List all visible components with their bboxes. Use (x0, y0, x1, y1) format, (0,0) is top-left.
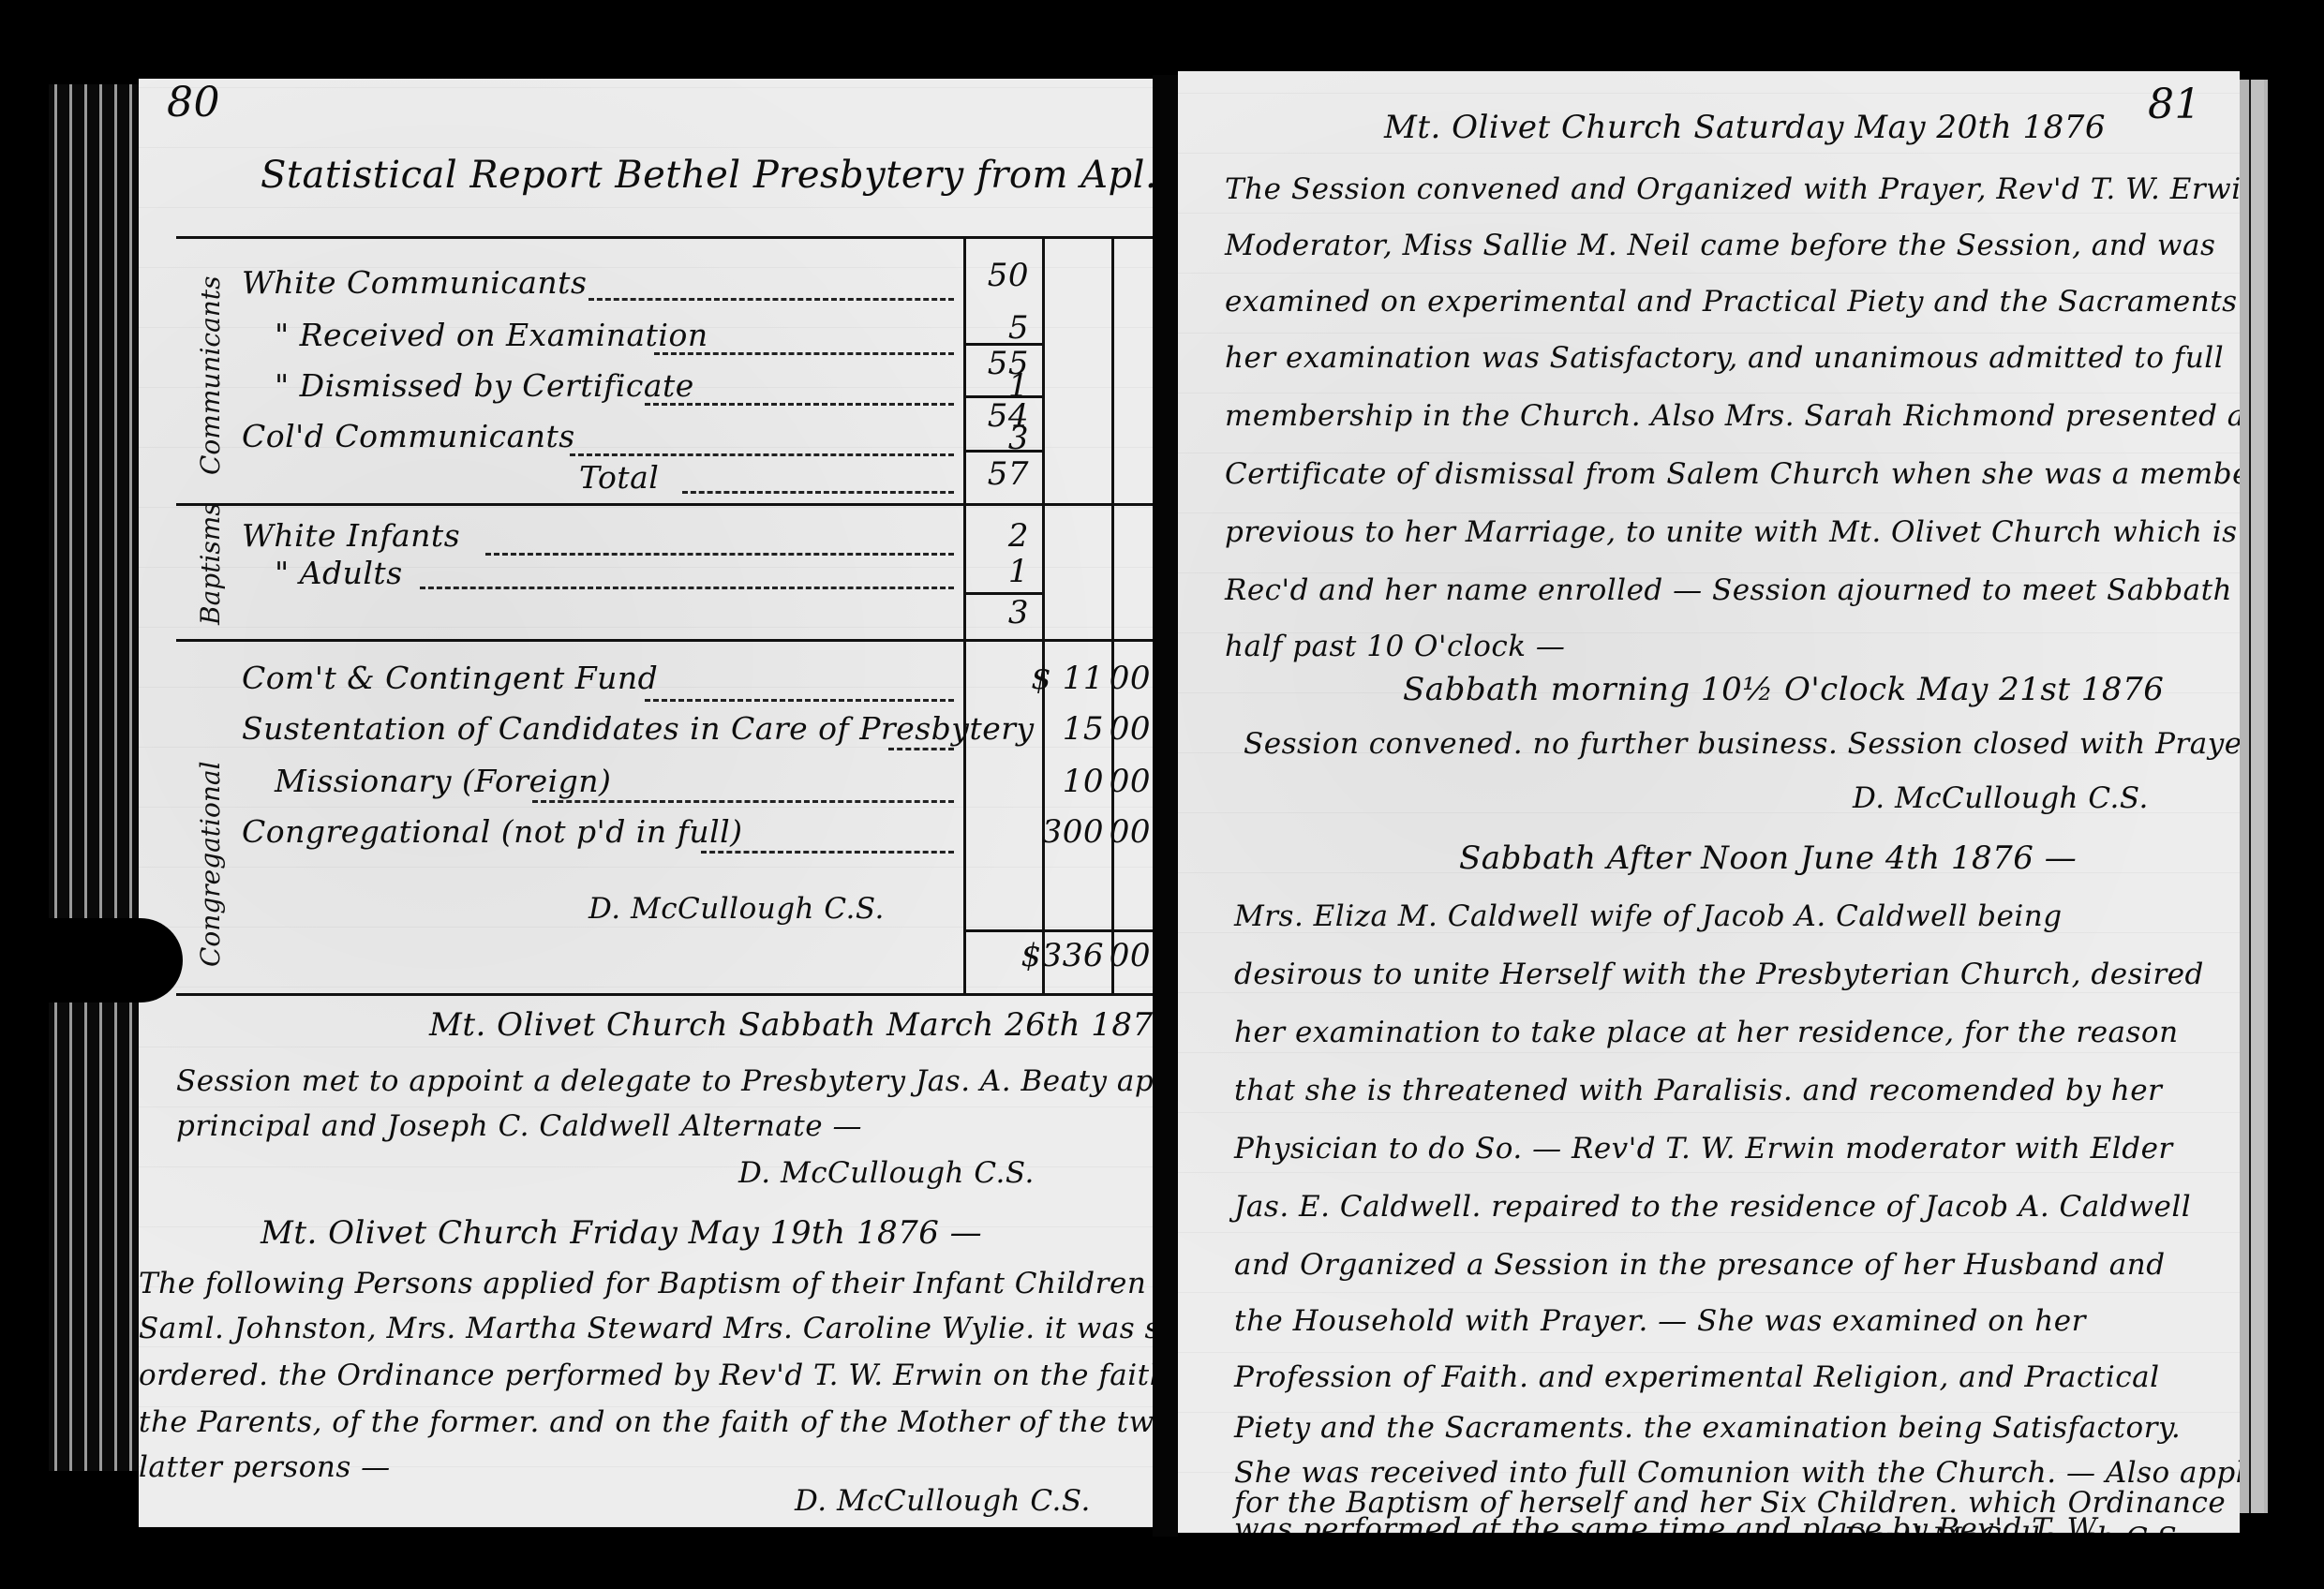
entry-line: Piety and the Sacraments. the examinatio… (1234, 1411, 2181, 1445)
entry-signature: Dan'l McCullough C.S. (1843, 1522, 2185, 1533)
entry-line: Moderator, Miss Sallie M. Neil came befo… (1225, 229, 2215, 262)
row-total-cents: 00 (1108, 937, 1151, 974)
entry-line: membership in the Church. Also Mrs. Sara… (1225, 399, 2240, 433)
entry-line: Session convened. no further business. S… (1244, 727, 2240, 761)
row-dollars: $ 11 (973, 660, 1104, 697)
book-gutter (1153, 75, 1178, 1537)
row-value: 3 (973, 420, 1029, 457)
right-page: 81 Mt. Olivet Church Saturday May 20th 1… (1178, 71, 2240, 1533)
entry-heading: Sabbath morning 10½ O'clock May 21st 187… (1403, 671, 2164, 708)
entry-line: Session met to appoint a delegate to Pre… (176, 1064, 1153, 1098)
row-dollars: 10 (973, 763, 1104, 800)
row-label: " Dismissed by Certificate (275, 367, 694, 404)
row-cents: 00 (1108, 763, 1151, 800)
entry-heading: Mt. Olivet Church Sabbath March 26th 187… (429, 1006, 1153, 1044)
thumb-silhouette (0, 918, 183, 1002)
entry-heading: Mt. Olivet Church Saturday May 20th 1876 (1384, 109, 2106, 146)
row-total: 57 (973, 455, 1029, 493)
row-cents: 00 (1108, 660, 1151, 697)
entry-line: examined on experimental and Practical P… (1225, 285, 2238, 319)
section-label-baptisms: Baptisms (195, 502, 226, 625)
entry-line: her examination was Satisfactory, and un… (1225, 341, 2224, 375)
row-cents: 00 (1108, 710, 1151, 748)
row-label: Missionary (Foreign) (275, 763, 611, 799)
page-number: 80 (167, 79, 220, 126)
row-value: 1 (973, 553, 1029, 590)
page-title: Statistical Report Bethel Presbytery fro… (261, 154, 1153, 197)
row-label: Sustentation of Candidates in Care of Pr… (242, 710, 1035, 747)
row-value: 5 (973, 309, 1029, 347)
page-edges-left (49, 84, 139, 1471)
entry-signature: D. McCullough C.S. (1853, 781, 2149, 815)
row-total-dollars: $336 (973, 937, 1104, 974)
entry-heading: Sabbath After Noon June 4th 1876 — (1459, 839, 2077, 877)
row-value: 2 (973, 517, 1029, 555)
entry-line: Mrs. Eliza M. Caldwell wife of Jacob A. … (1234, 899, 2063, 933)
table-signature: D. McCullough C.S. (588, 892, 885, 926)
row-dollars: 300 (973, 813, 1104, 851)
entry-line: Jas. E. Caldwell. repaired to the reside… (1234, 1190, 2191, 1224)
entry-line: half past 10 O'clock — (1225, 630, 1565, 663)
row-dollars: 15 (973, 710, 1104, 748)
entry-line: and Organized a Session in the presance … (1234, 1248, 2166, 1282)
entry-line: Physician to do So. — Rev'd T. W. Erwin … (1234, 1132, 2173, 1166)
entry-line: latter persons — (139, 1450, 391, 1484)
section-label-communicants: Communicants (195, 276, 226, 475)
row-label: " Received on Examination (275, 317, 708, 353)
entry-line: Profession of Faith. and experimental Re… (1234, 1360, 2160, 1394)
left-page: 80 Statistical Report Bethel Presbytery … (139, 79, 1153, 1527)
entry-line: her examination to take place at her res… (1234, 1016, 2179, 1049)
row-label: White Infants (242, 517, 460, 554)
row-label: Congregational (not p'd in full) (242, 813, 743, 850)
row-label: White Communicants (242, 264, 587, 301)
entry-line: desirous to unite Herself with the Presb… (1234, 958, 2204, 991)
entry-line: Rec'd and her name enrolled — Session aj… (1225, 573, 2240, 607)
entry-line: previous to her Marriage, to unite with … (1225, 515, 2238, 549)
entry-line: The Session convened and Organized with … (1225, 172, 2240, 206)
page-number: 81 (2148, 81, 2201, 128)
row-value: 50 (973, 257, 1029, 294)
entry-signature: D. McCullough C.S. (795, 1484, 1091, 1518)
entry-line: The following Persons applied for Baptis… (139, 1267, 1153, 1300)
row-label: Col'd Communicants (242, 418, 575, 454)
page-edges-right (2240, 80, 2268, 1513)
entry-line: the Parents, of the former. and on the f… (139, 1405, 1153, 1439)
row-total: 3 (973, 594, 1029, 631)
entry-line: Saml. Johnston, Mrs. Martha Steward Mrs.… (139, 1312, 1153, 1345)
entry-signature: D. McCullough C.S. (738, 1156, 1035, 1190)
row-label: " Adults (275, 555, 403, 591)
entry-line: Certificate of dismissal from Salem Chur… (1225, 457, 2240, 491)
row-label-total: Total (579, 459, 659, 496)
row-label: Com't & Contingent Fund (242, 660, 658, 696)
entry-heading: Mt. Olivet Church Friday May 19th 1876 — (261, 1214, 982, 1252)
entry-line: She was received into full Comunion with… (1234, 1456, 2240, 1490)
entry-line: principal and Joseph C. Caldwell Alterna… (176, 1109, 862, 1143)
section-label-congregational: Congregational (195, 761, 226, 967)
statistical-table: Communicants Baptisms Congregational Whi… (176, 236, 1153, 993)
row-cents: 00 (1108, 813, 1151, 851)
entry-line: the Household with Prayer. — She was exa… (1234, 1304, 2086, 1338)
entry-line: that she is threatened with Paralisis. a… (1234, 1074, 2162, 1107)
entry-line: ordered. the Ordinance performed by Rev'… (139, 1359, 1153, 1392)
